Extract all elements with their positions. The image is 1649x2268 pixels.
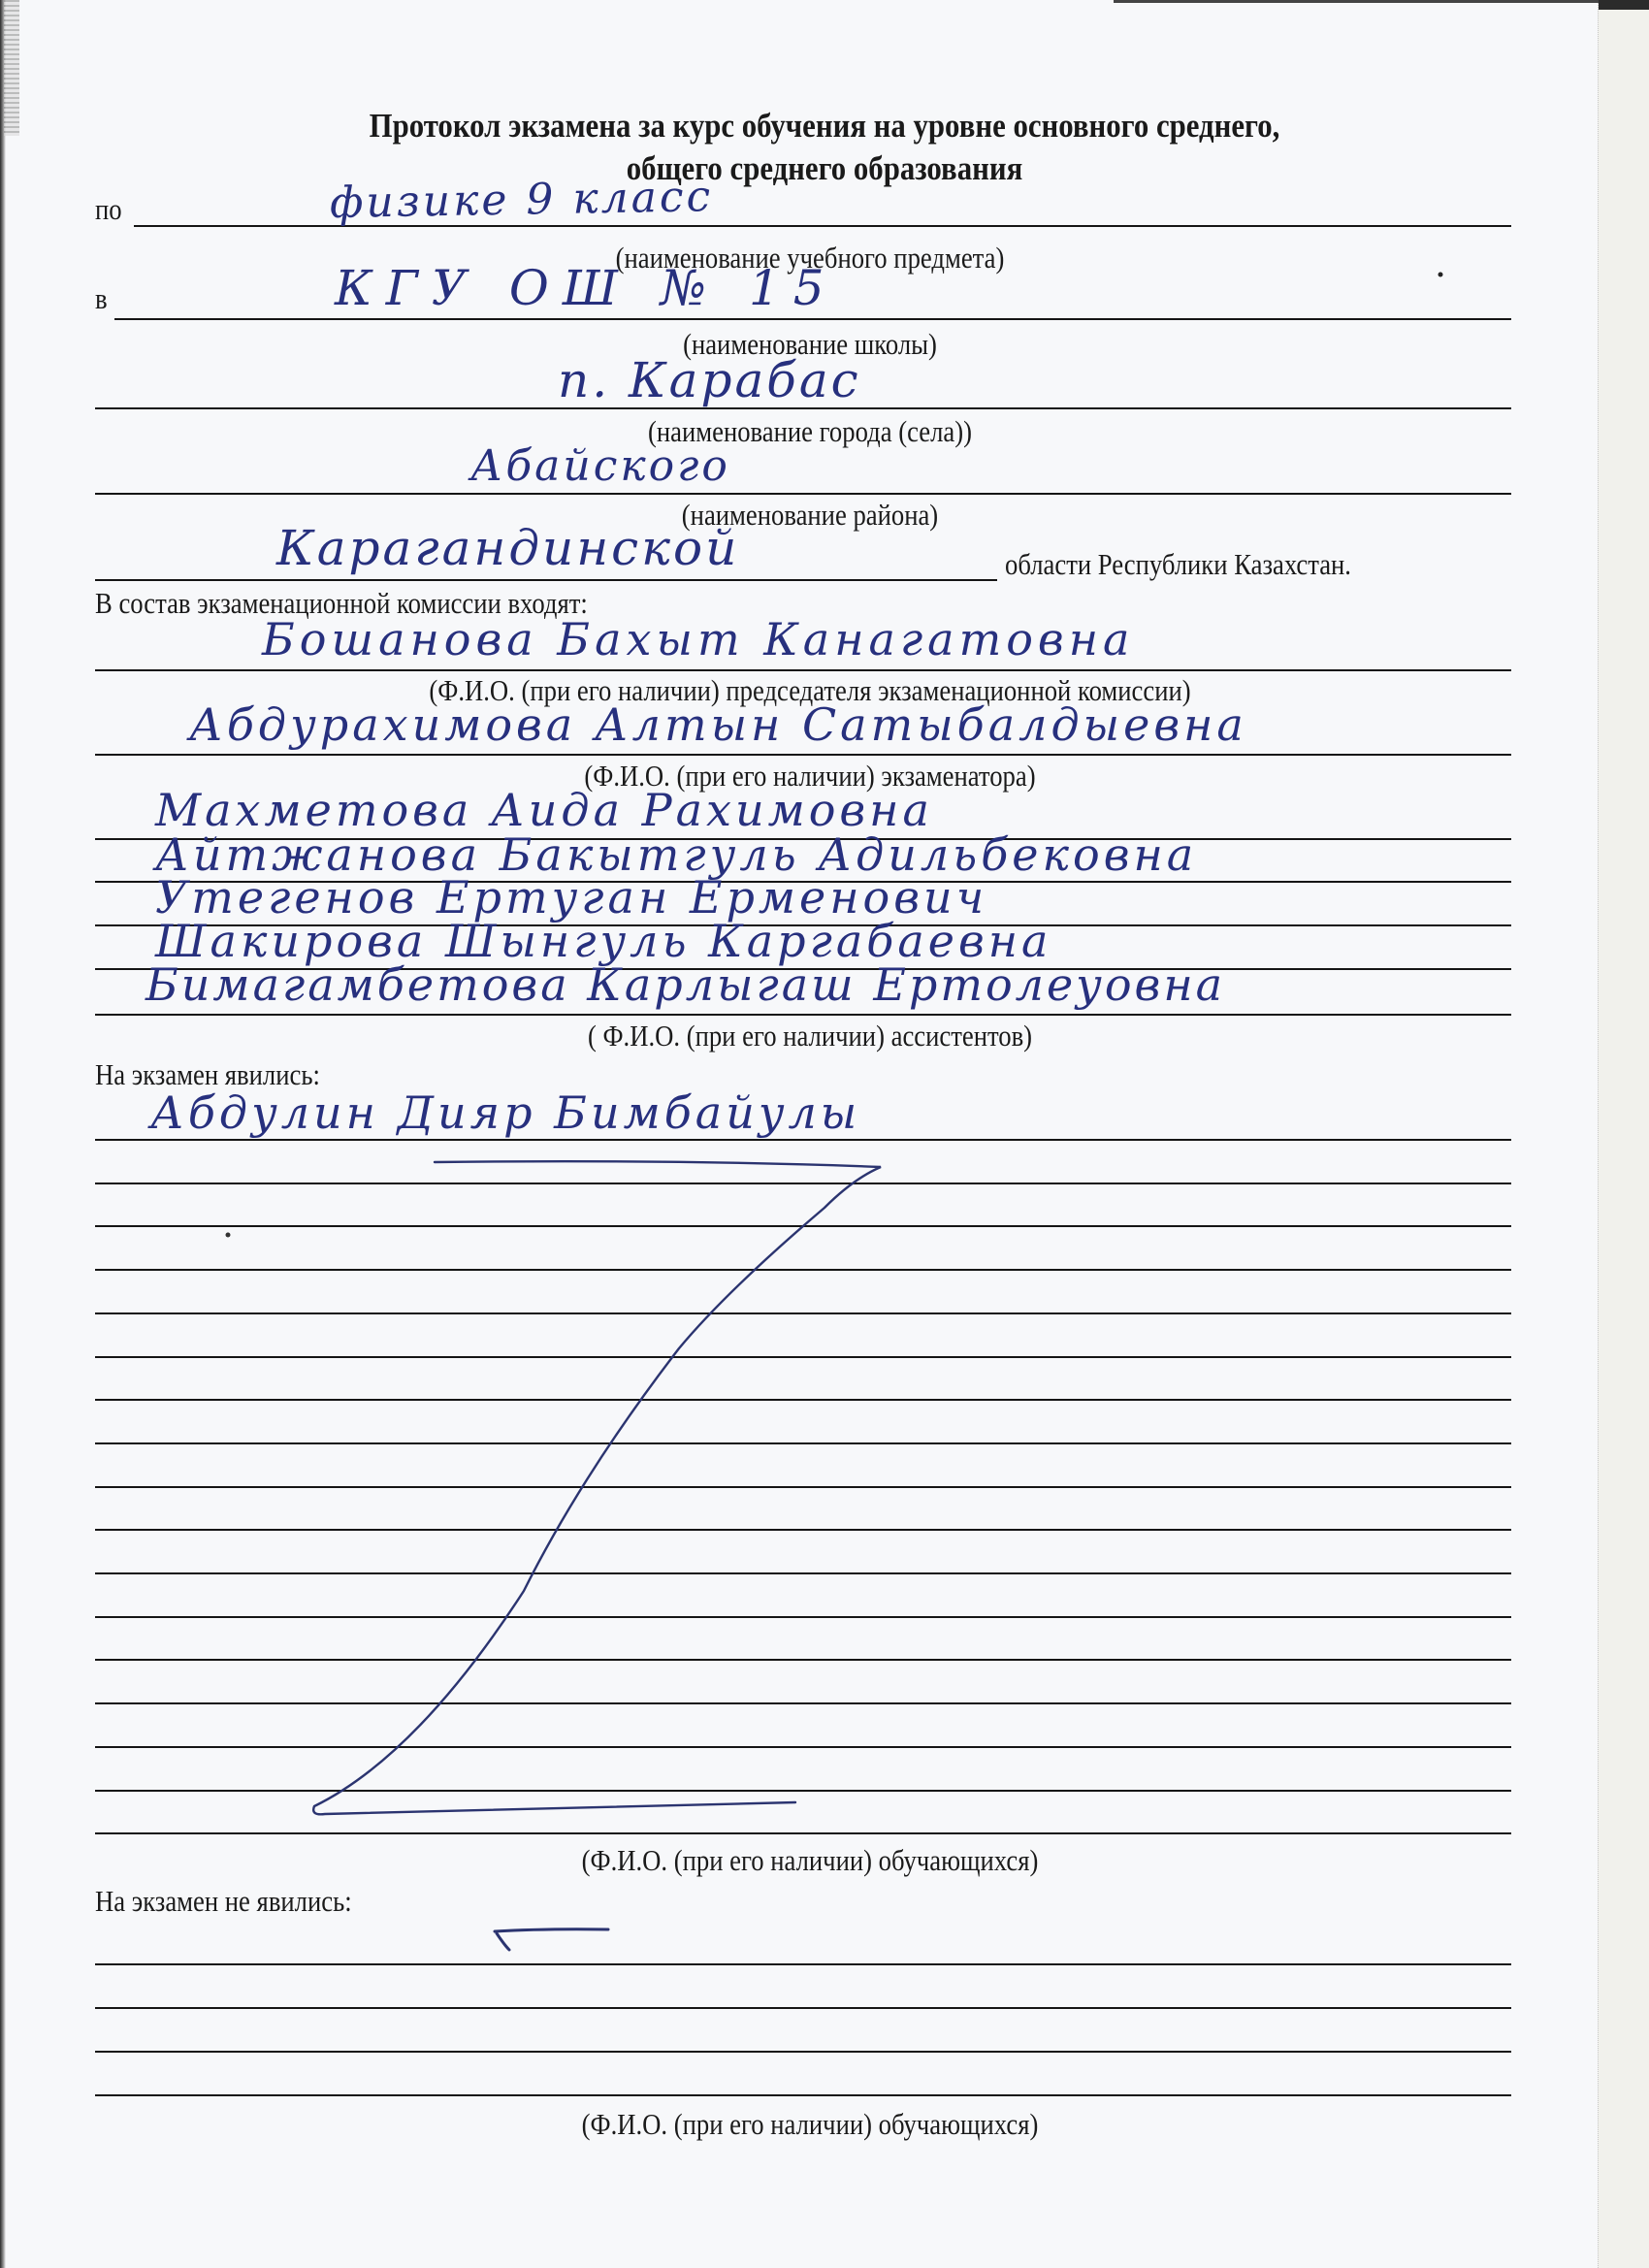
dash-mark [495,1929,608,1950]
attended-student-1[interactable]: Абдулин Дияр Бимбайулы [150,1088,860,1137]
chairman-line [95,669,1511,671]
list-line[interactable] [95,1356,1511,1358]
school-line [114,318,1511,320]
list-line[interactable] [95,1702,1511,1704]
scan-artifact [4,0,19,136]
list-line[interactable] [95,1529,1511,1531]
district-value[interactable]: Абайского [470,442,730,491]
region-suffix: области Республики Казахстан. [1005,547,1351,582]
school-prefix: в [95,281,108,316]
absent-heading: На экзамен не явились: [95,1884,352,1919]
school-value[interactable]: КГУ ОШ № 15 [335,264,838,312]
absent-caption: (Ф.И.О. (при его наличии) обучающихся) [582,2107,1039,2142]
list-line[interactable] [95,2007,1511,2009]
list-line[interactable] [95,1225,1511,1227]
chairman-name[interactable]: Бошанова Бахыт Канагатовна [262,615,1134,664]
assistant-name-1[interactable]: Махметова Аида Рахимовна [155,786,933,834]
scan-edge-right [1598,0,1649,2268]
scan-edge-top-line [1114,0,1599,3]
examiner-line [95,754,1511,756]
list-line[interactable] [95,1746,1511,1748]
list-line[interactable] [95,1269,1511,1271]
subject-value[interactable]: физике 9 класс [330,173,714,228]
attended-caption: (Ф.И.О. (при его наличии) обучающихся) [582,1843,1039,1878]
assistant-name-5[interactable]: Бимагамбетова Карлыгаш Ертолеуовна [145,960,1225,1009]
list-line[interactable] [95,2094,1511,2096]
list-line[interactable] [95,1442,1511,1444]
city-value[interactable]: п. Карабас [558,356,861,405]
list-line[interactable] [95,1572,1511,1574]
assistant-line-5 [95,1014,1511,1016]
list-line[interactable] [95,1312,1511,1314]
assistants-caption: ( Ф.И.О. (при его наличии) ассистентов) [588,1019,1032,1053]
region-value[interactable]: Карагандинской [276,524,739,572]
document-title-line-2: общего среднего образования [99,147,1550,190]
scan-edge-top [1599,0,1649,10]
list-line[interactable] [95,1486,1511,1488]
list-line[interactable] [95,2051,1511,2053]
district-line [95,493,1511,495]
region-line [95,579,997,581]
list-line[interactable] [95,1832,1511,1834]
subject-prefix: по [95,192,122,227]
list-line[interactable] [95,1790,1511,1792]
list-line[interactable] [95,1399,1511,1401]
list-line[interactable] [95,1139,1511,1141]
list-line[interactable] [95,1616,1511,1618]
list-line[interactable] [95,1659,1511,1661]
examiner-name[interactable]: Абдурахимова Алтын Сатыбалдыевна [189,700,1247,749]
list-line[interactable] [95,1963,1511,1965]
scan-edge-left [0,0,6,2268]
document-title-line-1: Протокол экзамена за курс обучения на ур… [99,105,1550,147]
list-line[interactable] [95,1183,1511,1184]
